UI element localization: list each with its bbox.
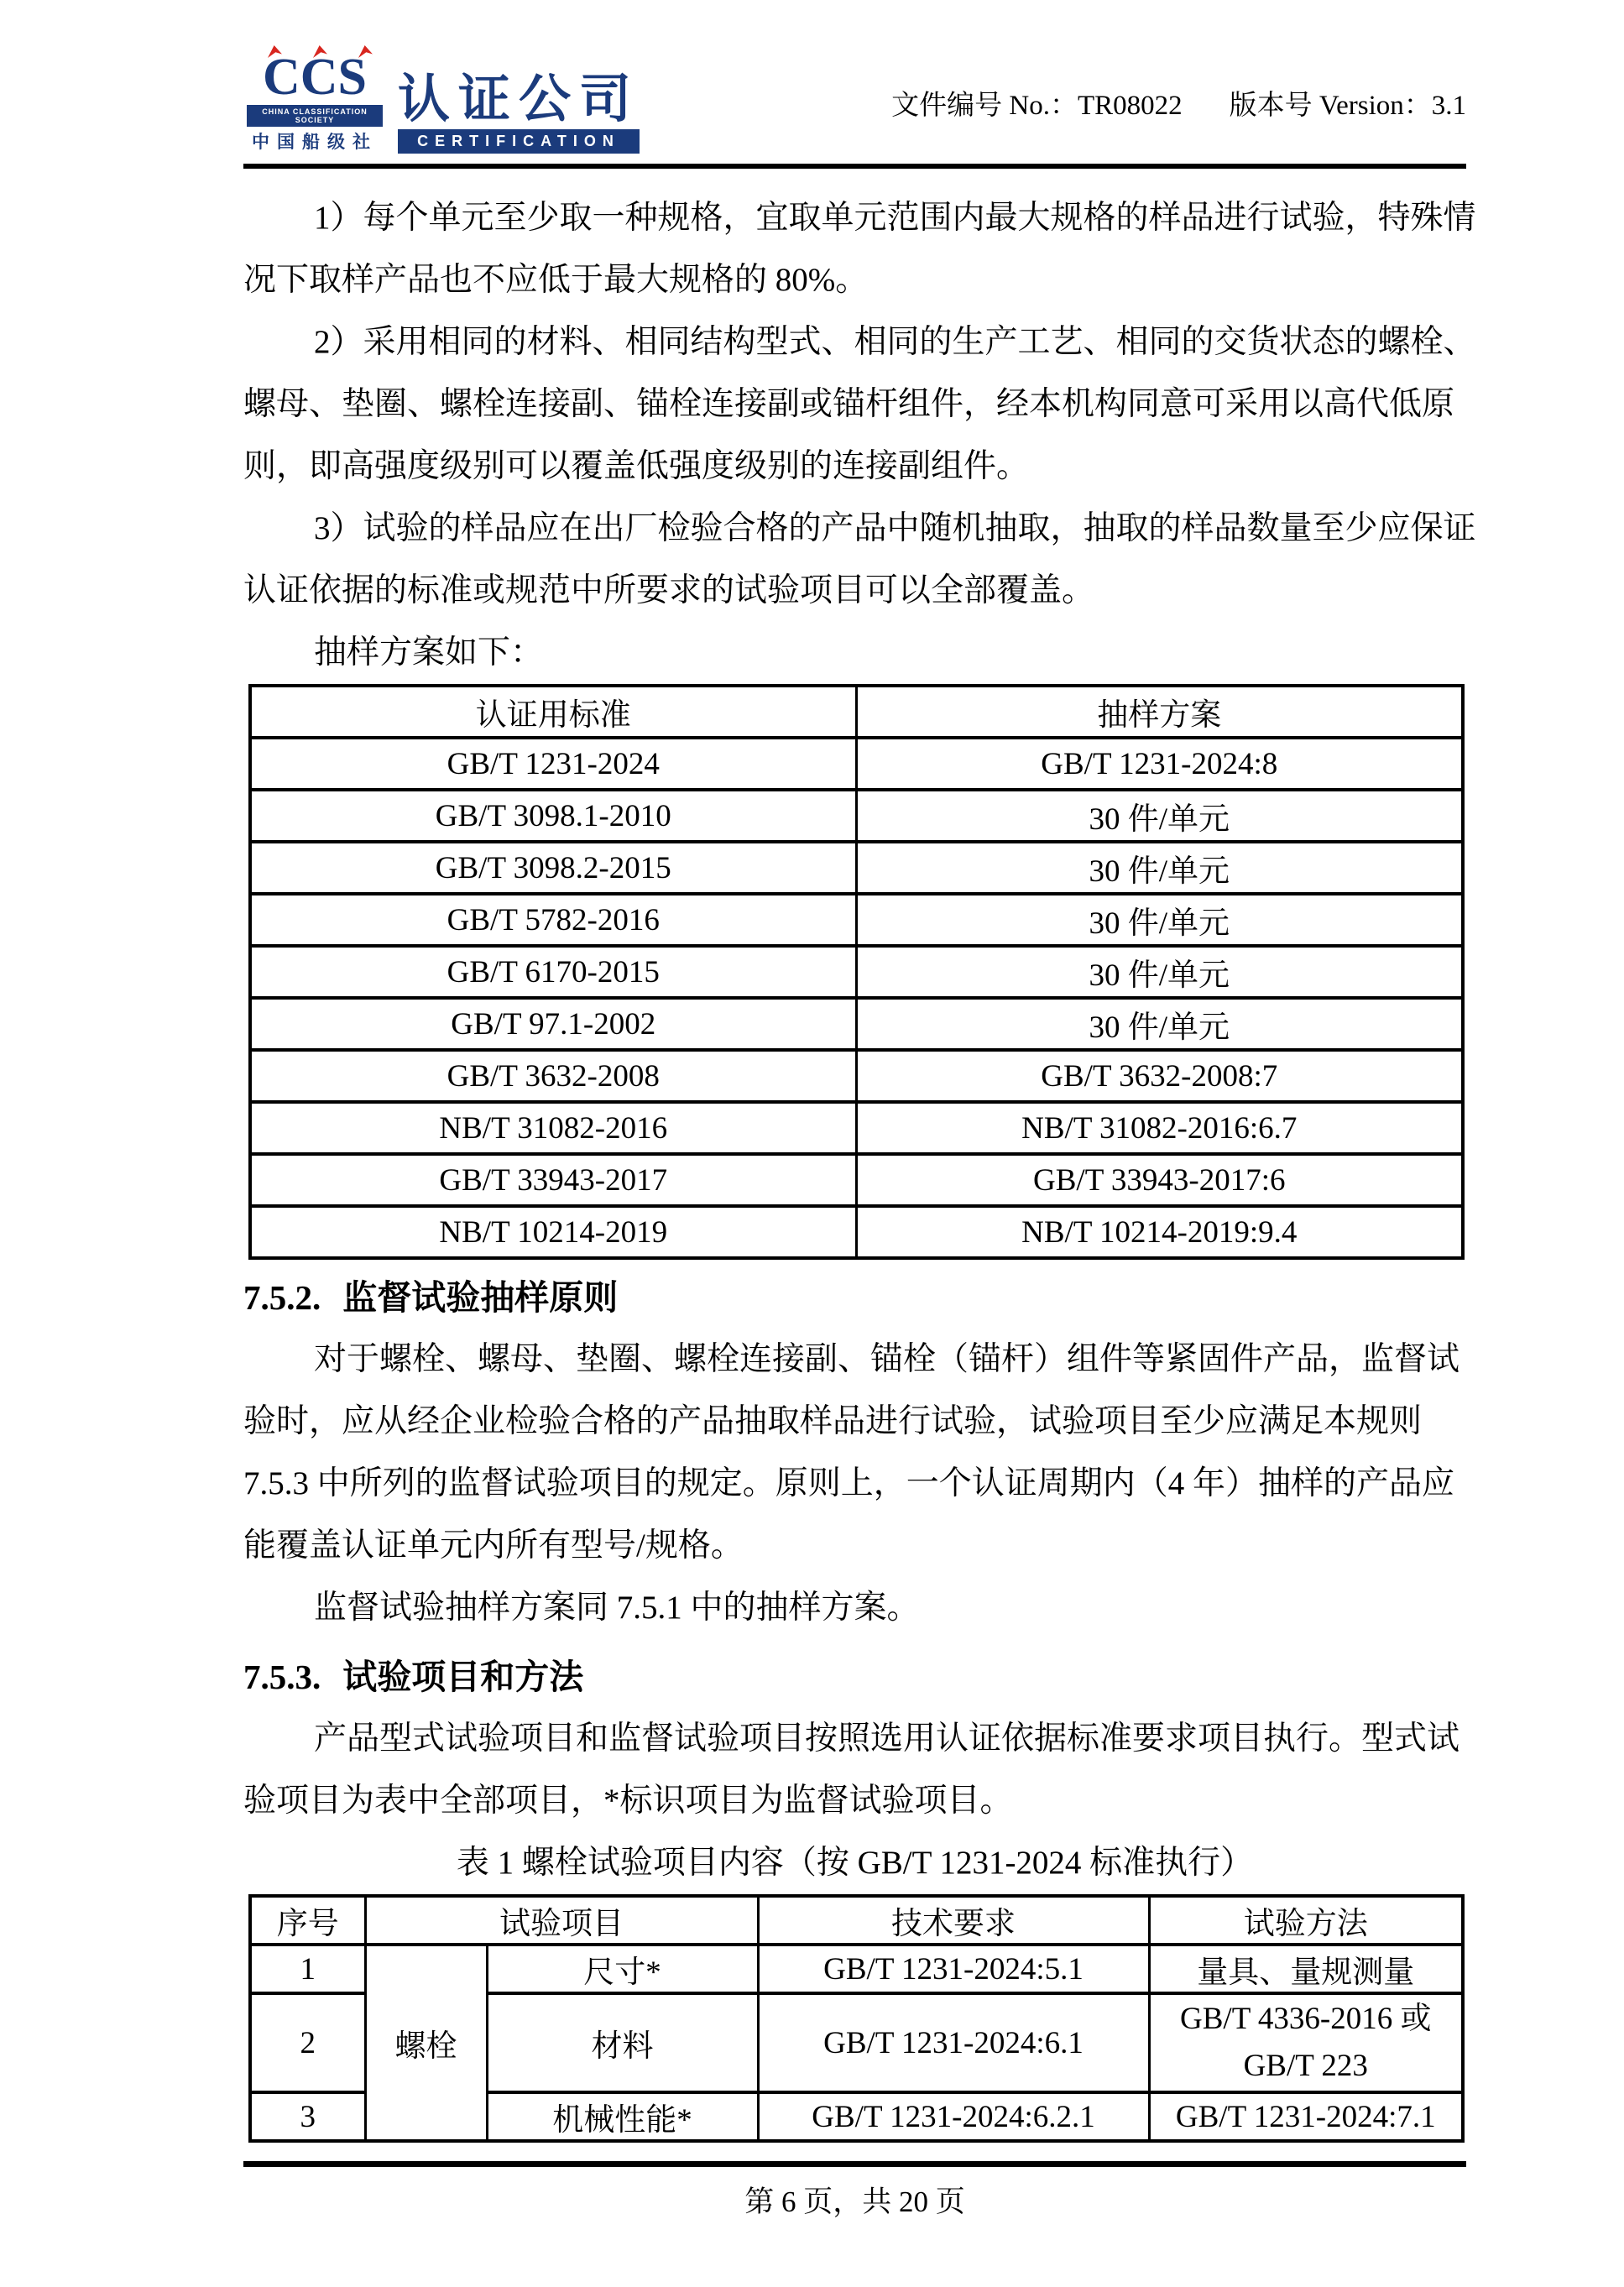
column-header: 试验方法 xyxy=(1149,1896,1463,1945)
table-cell: NB/T 31082-2016 xyxy=(250,1102,856,1154)
row-number-cell: 3 xyxy=(250,2092,365,2141)
table-cell: GB/T 3098.1-2010 xyxy=(250,790,856,842)
table-header-row: 认证用标准 抽样方案 xyxy=(250,686,1463,738)
test-item-cell: 材料 xyxy=(487,1993,758,2092)
ccs-society-banner: CHINA CLASSIFICATION SOCIETY xyxy=(247,105,383,127)
ccs-certification-banner: CERTIFICATION xyxy=(398,129,640,154)
table-header-row: 序号 试验项目 技术要求 试验方法 xyxy=(250,1896,1463,1945)
footer-rule xyxy=(243,2161,1466,2167)
page-number: 第 6 页，共 20 页 xyxy=(243,2179,1466,2221)
ccs-logo-letters: CCS xyxy=(263,52,367,102)
table-row: NB/T 31082-2016 NB/T 31082-2016:6.7 xyxy=(250,1102,1463,1154)
table-row: GB/T 3632-2008 GB/T 3632-2008:7 xyxy=(250,1050,1463,1102)
method-cell: GB/T 1231-2024:7.1 xyxy=(1149,2092,1463,2141)
method-line: GB/T 223 xyxy=(1151,2043,1462,2090)
method-cell: 量具、量规测量 xyxy=(1149,1945,1463,1993)
table-row: GB/T 5782-2016 30 件/单元 xyxy=(250,894,1463,946)
paragraph-line: 能覆盖认证单元内所有型号/规格。 xyxy=(243,1515,1466,1577)
document-number: 文件编号 No.：TR08022 xyxy=(891,83,1183,123)
column-header: 试验项目 xyxy=(365,1896,758,1945)
table-cell: 30 件/单元 xyxy=(856,946,1463,998)
paragraph-line: 验时，应从经企业检验合格的产品抽取样品进行试验，试验项目至少应满足本规则 xyxy=(243,1391,1466,1453)
column-header: 认证用标准 xyxy=(250,686,856,738)
table-cell: GB/T 3632-2008 xyxy=(250,1050,856,1102)
paragraph-line: 对于螺栓、螺母、垫圈、螺栓连接副、锚栓（锚杆）组件等紧固件产品，监督试 xyxy=(243,1329,1466,1391)
paragraph-line: 7.5.3 中所列的监督试验项目的规定。原则上，一个认证周期内（4 年）抽样的产… xyxy=(243,1453,1466,1515)
table-cell: GB/T 33943-2017 xyxy=(250,1154,856,1206)
table-cell: 30 件/单元 xyxy=(856,998,1463,1050)
paragraph-line: 认证依据的标准或规范中所要求的试验项目可以全部覆盖。 xyxy=(243,560,1466,622)
table-cell: GB/T 3632-2008:7 xyxy=(856,1050,1463,1102)
row-number-cell: 1 xyxy=(250,1945,365,1993)
ccs-society-chinese: 中国船级社 xyxy=(252,128,378,154)
paragraph-line: 2）采用相同的材料、相同结构型式、相同的生产工艺、相同的交货状态的螺栓、 xyxy=(243,311,1466,373)
method-line: GB/T 4336-2016 或 xyxy=(1151,1996,1462,2043)
ccs-logo: CCS CHINA CLASSIFICATION SOCIETY 中国船级社 认… xyxy=(243,52,640,154)
page-content: 1）每个单元至少取一种规格，宜取单元范围内最大规格的样品进行试验，特殊情 况下取… xyxy=(243,187,1466,2143)
table-cell: GB/T 1231-2024:8 xyxy=(856,738,1463,790)
paragraph-line: 1）每个单元至少取一种规格，宜取单元范围内最大规格的样品进行试验，特殊情 xyxy=(243,187,1466,249)
section-title: 监督试验抽样原则 xyxy=(342,1278,618,1317)
paragraph-line: 验项目为表中全部项目，*标识项目为监督试验项目。 xyxy=(243,1770,1466,1832)
product-cell: 螺栓 xyxy=(365,1945,487,2141)
table-cell: 30 件/单元 xyxy=(856,790,1463,842)
table-cell: GB/T 1231-2024 xyxy=(250,738,856,790)
test-item-cell: 尺寸* xyxy=(487,1945,758,1993)
sampling-plan-table: 认证用标准 抽样方案 GB/T 1231-2024 GB/T 1231-2024… xyxy=(248,684,1465,1260)
table-caption: 表 1 螺栓试验项目内容（按 GB/T 1231-2024 标准执行） xyxy=(243,1832,1466,1894)
table-row: GB/T 3098.1-2010 30 件/单元 xyxy=(250,790,1463,842)
column-header: 抽样方案 xyxy=(856,686,1463,738)
requirement-cell: GB/T 1231-2024:5.1 xyxy=(758,1945,1149,1993)
table-row: GB/T 97.1-2002 30 件/单元 xyxy=(250,998,1463,1050)
table-cell: 30 件/单元 xyxy=(856,842,1463,894)
paragraph-line: 则，即高强度级别可以覆盖低强度级别的连接副组件。 xyxy=(243,436,1466,498)
table-row: GB/T 6170-2015 30 件/单元 xyxy=(250,946,1463,998)
header-rule xyxy=(243,164,1466,169)
section-number: 7.5.2. xyxy=(243,1278,321,1317)
paragraph-line: 3）试验的样品应在出厂检验合格的产品中随机抽取，抽取的样品数量至少应保证 xyxy=(243,498,1466,560)
table-cell: GB/T 5782-2016 xyxy=(250,894,856,946)
document-meta: 文件编号 No.：TR08022 版本号 Version：3.1 xyxy=(891,83,1466,123)
table-cell: GB/T 6170-2015 xyxy=(250,946,856,998)
ccs-logo-right: 认证公司 CERTIFICATION xyxy=(398,72,640,154)
paragraph-line: 螺母、垫圈、螺栓连接副、锚栓连接副或锚杆组件，经本机构同意可采用以高代低原 xyxy=(243,373,1466,436)
table-row: 1 螺栓 尺寸* GB/T 1231-2024:5.1 量具、量规测量 xyxy=(250,1945,1463,1993)
column-header: 技术要求 xyxy=(758,1896,1149,1945)
requirement-cell: GB/T 1231-2024:6.2.1 xyxy=(758,2092,1149,2141)
table-cell: GB/T 97.1-2002 xyxy=(250,998,856,1050)
section-heading-752: 7.5.2.监督试验抽样原则 xyxy=(243,1266,1466,1329)
requirement-cell: GB/T 1231-2024:6.1 xyxy=(758,1993,1149,2092)
document-version: 版本号 Version：3.1 xyxy=(1230,83,1466,123)
table-cell: GB/T 3098.2-2015 xyxy=(250,842,856,894)
column-header: 序号 xyxy=(250,1896,365,1945)
table-row: GB/T 1231-2024 GB/T 1231-2024:8 xyxy=(250,738,1463,790)
ccs-logo-left: CCS CHINA CLASSIFICATION SOCIETY 中国船级社 xyxy=(243,52,386,154)
ccs-company-name: 认证公司 xyxy=(398,72,640,128)
table-cell: NB/T 31082-2016:6.7 xyxy=(856,1102,1463,1154)
section-heading-753: 7.5.3.试验项目和方法 xyxy=(243,1646,1466,1708)
paragraph-line: 产品型式试验项目和监督试验项目按照选用认证依据标准要求项目执行。型式试 xyxy=(243,1708,1466,1770)
paragraph-line: 监督试验抽样方案同 7.5.1 中的抽样方案。 xyxy=(243,1577,1466,1639)
table-row: GB/T 33943-2017 GB/T 33943-2017:6 xyxy=(250,1154,1463,1206)
ccs-logo-text: CCS xyxy=(263,49,367,106)
test-items-table: 序号 试验项目 技术要求 试验方法 1 螺栓 尺寸* GB/T 1231-202… xyxy=(248,1894,1465,2143)
section-title: 试验项目和方法 xyxy=(342,1658,583,1696)
section-number: 7.5.3. xyxy=(243,1658,321,1696)
document-page: CCS CHINA CLASSIFICATION SOCIETY 中国船级社 认… xyxy=(0,0,1624,2287)
test-item-cell: 机械性能* xyxy=(487,2092,758,2141)
table-row: GB/T 3098.2-2015 30 件/单元 xyxy=(250,842,1463,894)
sampling-intro-line: 抽样方案如下： xyxy=(243,622,1466,684)
row-number-cell: 2 xyxy=(250,1993,365,2092)
table-cell: NB/T 10214-2019:9.4 xyxy=(856,1206,1463,1258)
paragraph-line: 况下取样产品也不应低于最大规格的 80%。 xyxy=(243,249,1466,311)
table-row: NB/T 10214-2019 NB/T 10214-2019:9.4 xyxy=(250,1206,1463,1258)
table-cell: 30 件/单元 xyxy=(856,894,1463,946)
method-cell: GB/T 4336-2016 或 GB/T 223 xyxy=(1149,1993,1463,2092)
table-cell: GB/T 33943-2017:6 xyxy=(856,1154,1463,1206)
page-header: CCS CHINA CLASSIFICATION SOCIETY 中国船级社 认… xyxy=(243,0,1466,154)
table-cell: NB/T 10214-2019 xyxy=(250,1206,856,1258)
